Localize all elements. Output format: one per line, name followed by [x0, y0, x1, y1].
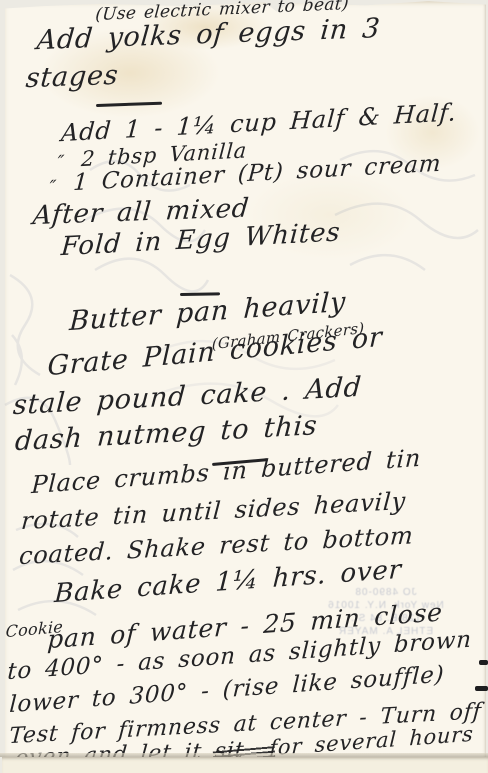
folded-edge — [2, 757, 488, 773]
recipe-line: stages — [25, 62, 120, 92]
ditto-mark: ″ — [57, 154, 65, 172]
photo-of-handwritten-recipe: JO 4890-08 New York, N.Y. 10016 128 E. 8… — [0, 0, 488, 773]
ditto-mark: ″ — [49, 179, 57, 197]
pen-dash — [479, 660, 488, 665]
pen-dash — [475, 686, 488, 691]
